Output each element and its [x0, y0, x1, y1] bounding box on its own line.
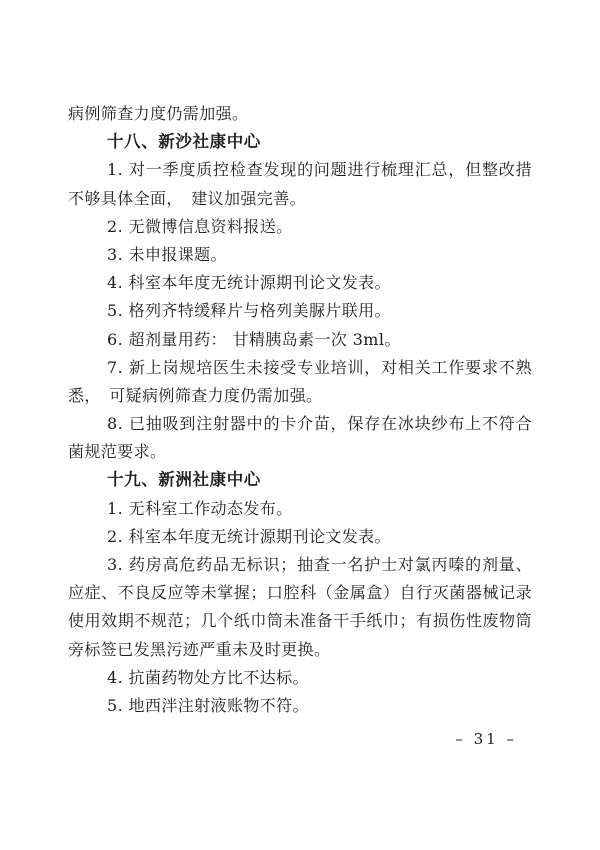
text-line: 不够具体全面， 建议加强完善。: [68, 185, 532, 213]
text-line: 应症、不良反应等未掌握；口腔科（金属盒）自行灭菌器械记录: [68, 579, 532, 607]
text-line: 5. 格列齐特缓释片与格列美脲片联用。: [68, 297, 532, 325]
text-line: 使用效期不规范；几个纸巾筒未准备干手纸巾；有损伤性废物筒: [68, 607, 532, 635]
text-line: 6. 超剂量用药： 甘精胰岛素一次 3ml。: [68, 326, 532, 354]
section-heading: 十八、新沙社康中心: [68, 128, 532, 156]
text-line: 8. 已抽吸到注射器中的卡介苗，保存在冰块纱布上不符合无: [68, 410, 532, 438]
text-line: 1. 对一季度质控检查发现的问题进行梳理汇总，但整改措施: [68, 156, 532, 184]
text-line: 5. 地西泮注射液账物不符。: [68, 692, 532, 720]
text-line: 1. 无科室工作动态发布。: [68, 495, 532, 523]
text-line: 2. 科室本年度无统计源期刊论文发表。: [68, 523, 532, 551]
text-line: 7. 新上岗规培医生未接受专业培训，对相关工作要求不熟: [68, 354, 532, 382]
document-page: 病例筛查力度仍需加强。十八、新沙社康中心1. 对一季度质控检查发现的问题进行梳理…: [0, 0, 600, 850]
page-number: – 31 –: [455, 730, 517, 748]
text-line: 4. 科室本年度无统计源期刊论文发表。: [68, 269, 532, 297]
section-heading: 十九、新洲社康中心: [68, 466, 532, 494]
text-line: 3. 药房高危药品无标识；抽查一名护士对氯丙嗪的剂量、适: [68, 551, 532, 579]
text-line: 旁标签已发黑污迹严重未及时更换。: [68, 636, 532, 664]
text-line: 2. 无微博信息资料报送。: [68, 213, 532, 241]
text-line: 3. 未申报课题。: [68, 241, 532, 269]
text-line: 菌规范要求。: [68, 438, 532, 466]
document-body: 病例筛查力度仍需加强。十八、新沙社康中心1. 对一季度质控检查发现的问题进行梳理…: [68, 100, 532, 720]
text-line: 病例筛查力度仍需加强。: [68, 100, 532, 128]
text-line: 悉， 可疑病例筛查力度仍需加强。: [68, 382, 532, 410]
text-line: 4. 抗菌药物处方比不达标。: [68, 664, 532, 692]
